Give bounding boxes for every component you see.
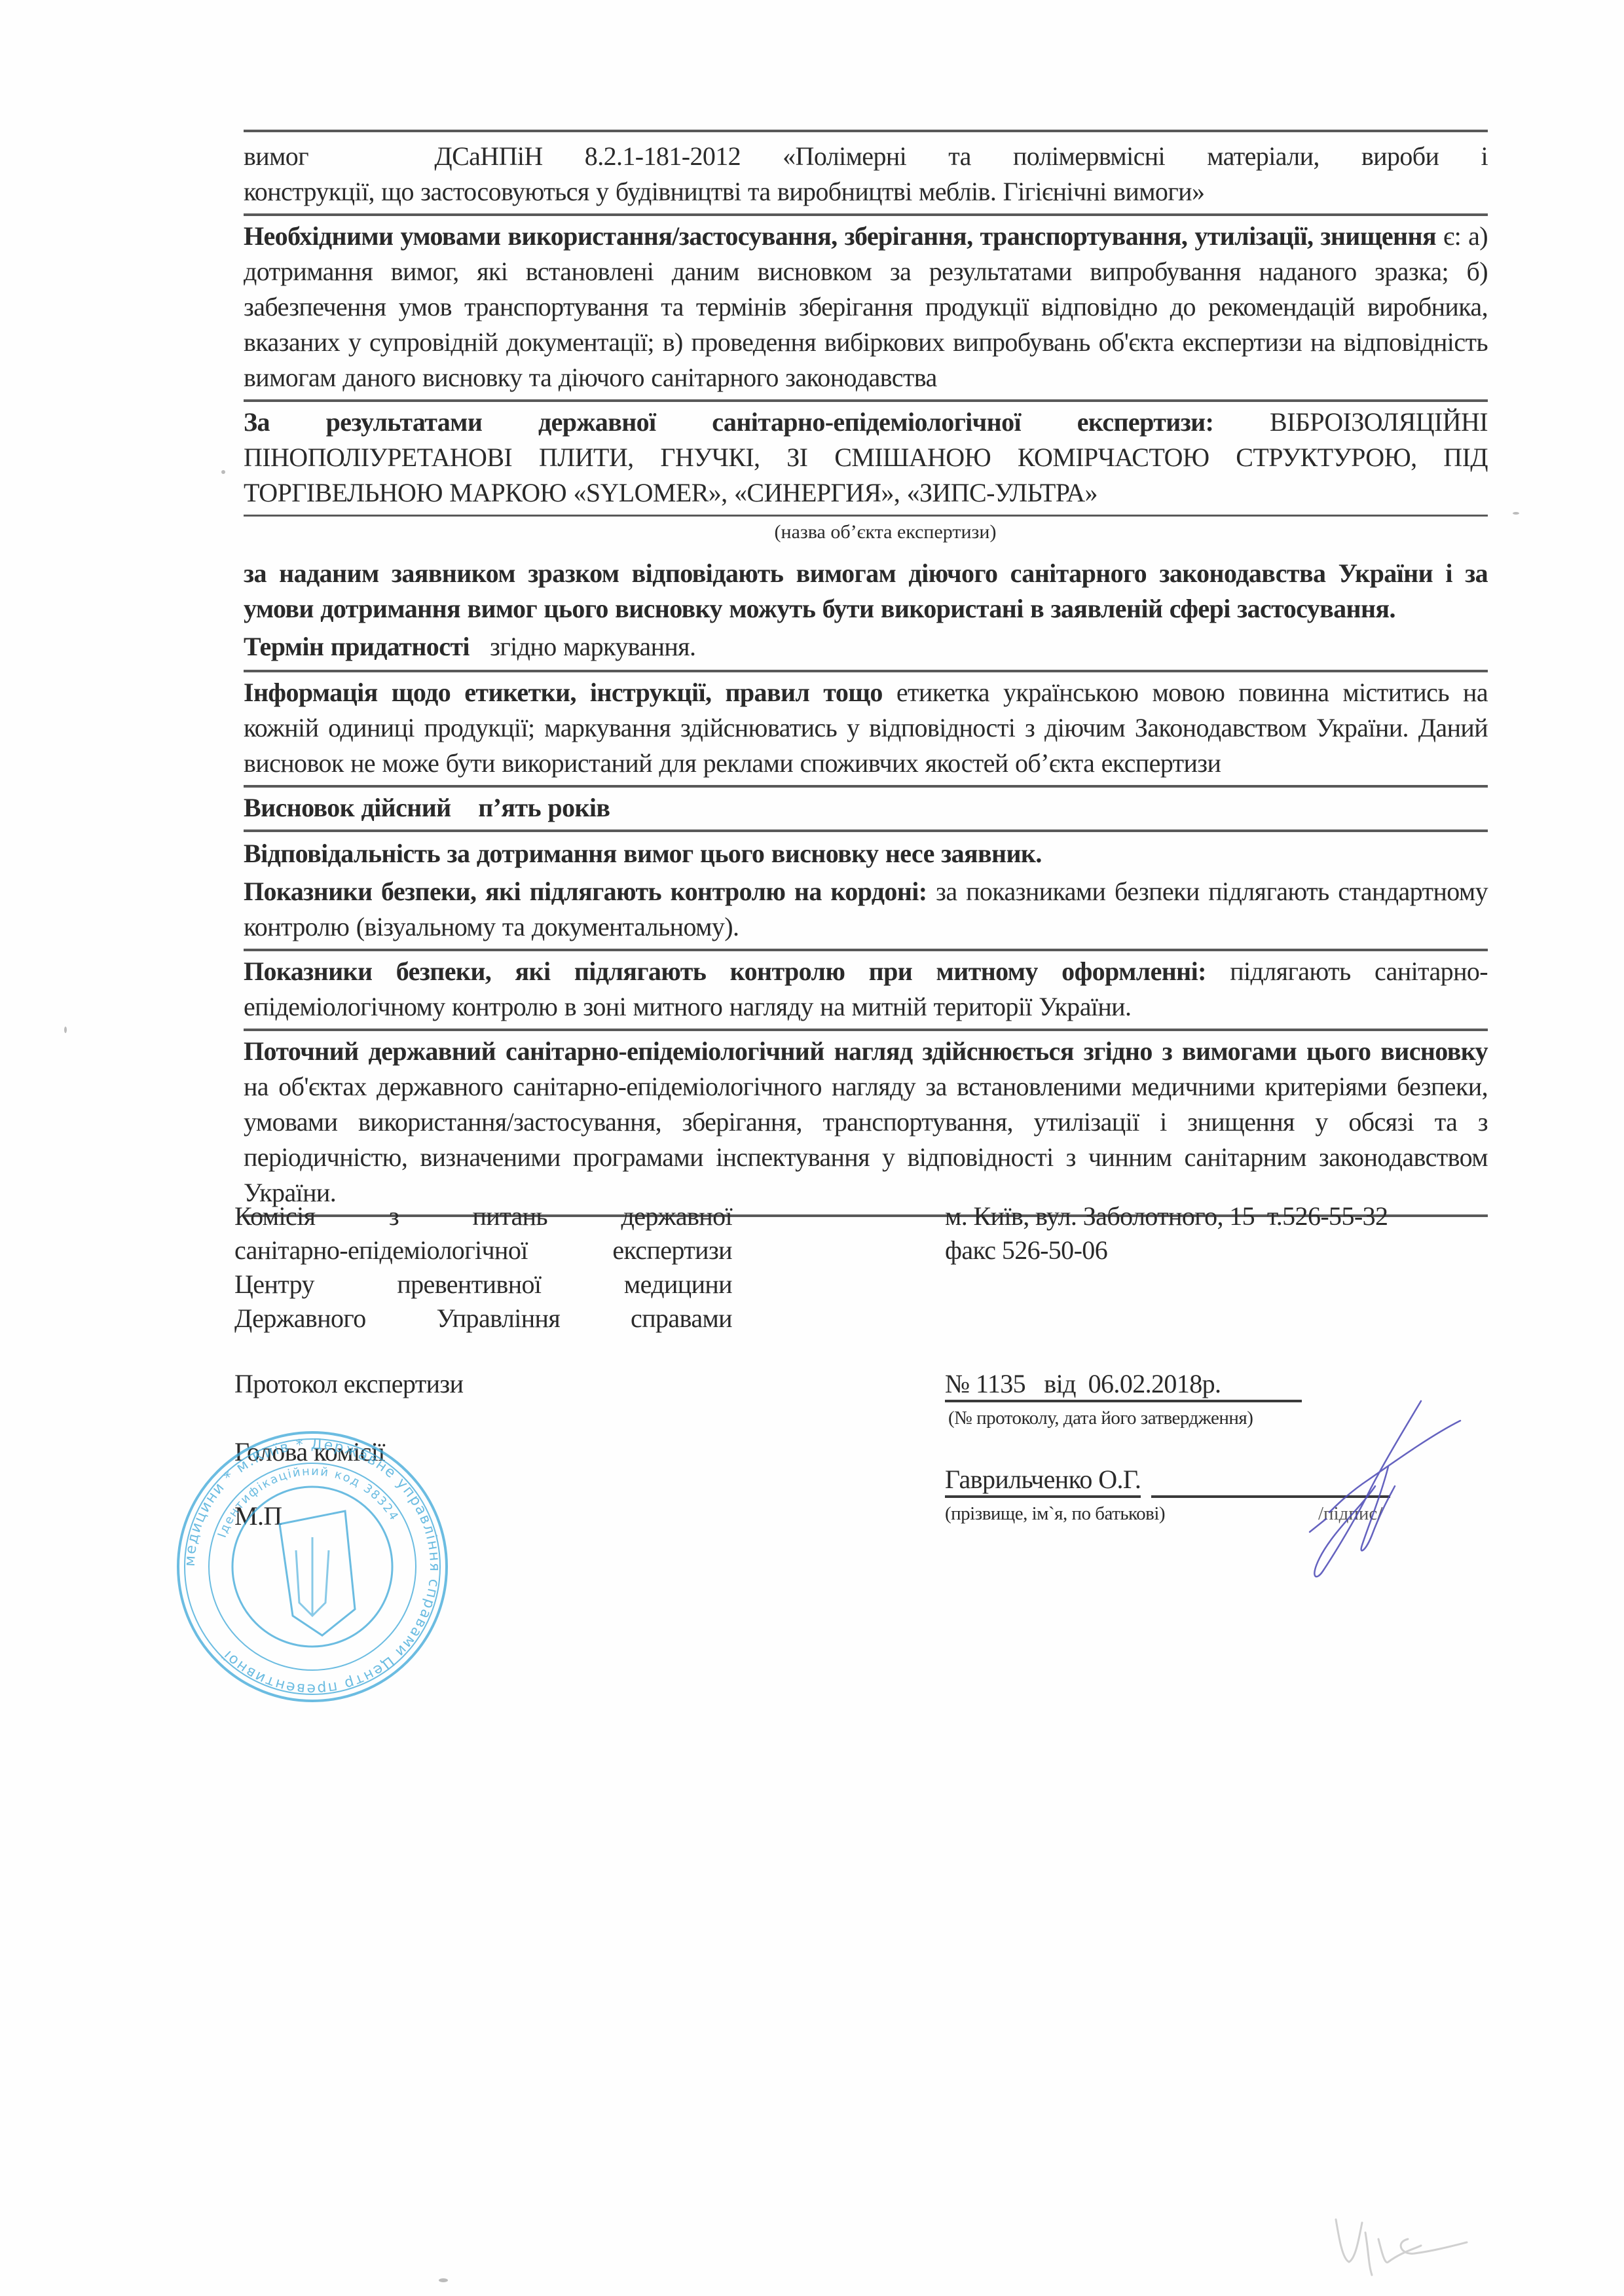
validity-label: Висновок дійсний xyxy=(244,793,451,822)
divider xyxy=(244,399,1488,402)
organization-line: Державного Управління справами xyxy=(234,1302,732,1336)
requirements-line-2: конструкції, що застосовуються у будівни… xyxy=(244,174,1488,210)
handwritten-signature-icon xyxy=(1270,1394,1467,1591)
protocol-number: № 1135 від 06.02.2018р. xyxy=(945,1368,1302,1402)
scan-artifact xyxy=(1513,512,1519,515)
organization-line: Комісія з питань державної xyxy=(234,1199,732,1233)
divider xyxy=(244,829,1488,832)
labeling-paragraph: Інформація щодо етикетки, інструкції, пр… xyxy=(244,672,1488,785)
customs-control-label: Показники безпеки, які підлягають контро… xyxy=(244,957,1206,986)
address-block: м. Київ, вул. Заболотного, 15 т.526-55-3… xyxy=(945,1199,1495,1267)
customs-control-paragraph: Показники безпеки, які підлягають контро… xyxy=(244,951,1488,1029)
validity-value: п’ять років xyxy=(451,793,610,822)
shelf-life: Термін придатності згідно маркування. xyxy=(244,628,1488,670)
scan-artifact xyxy=(64,1027,67,1033)
labeling-label: Інформація щодо етикетки, інструкції, пр… xyxy=(244,678,883,707)
organization-line: Центру превентивної медицини xyxy=(234,1267,732,1302)
shelf-life-label: Термін придатності xyxy=(244,632,470,661)
supervision-label: Поточний державний санітарно-епідеміолог… xyxy=(244,1036,1488,1066)
border-control-paragraph: Показники безпеки, які підлягають контро… xyxy=(244,873,1488,949)
handwritten-initials-icon xyxy=(1316,2213,1473,2285)
organization-block: Комісія з питань державної санітарно-епі… xyxy=(234,1199,732,1336)
commission-head-name: Гаврильченко О.Г. xyxy=(945,1464,1141,1498)
results-paragraph: За результатами державної санітарно-епід… xyxy=(244,402,1488,515)
protocol-label: Протокол експертизи xyxy=(234,1368,463,1399)
divider xyxy=(244,213,1488,216)
responsibility: Відповідальність за дотримання вимог цьо… xyxy=(244,832,1488,873)
divider xyxy=(244,670,1488,672)
divider xyxy=(244,785,1488,788)
document-page: вимог ДСаНПіН 8.2.1-181-2012 «Полімерні … xyxy=(0,0,1624,2296)
scan-artifact xyxy=(221,470,225,474)
divider xyxy=(244,949,1488,951)
organization-line: санітарно-епідеміологічної експертизи xyxy=(234,1233,732,1267)
supervision-paragraph: Поточний державний санітарно-епідеміолог… xyxy=(244,1031,1488,1214)
requirements-line-1: вимог ДСаНПіН 8.2.1-181-2012 «Полімерні … xyxy=(244,139,1488,174)
divider xyxy=(244,130,1488,132)
scan-artifact xyxy=(439,2278,448,2282)
head-name-text: Гаврильченко О.Г. xyxy=(945,1464,1141,1498)
supervision-text: на об'єктах державного санітарно-епідемі… xyxy=(244,1072,1488,1207)
document-body: вимог ДСаНПіН 8.2.1-181-2012 «Полімерні … xyxy=(244,130,1488,1217)
divider xyxy=(244,515,1488,517)
shelf-life-value: згідно маркування. xyxy=(470,632,695,661)
validity: Висновок дійсний п’ять років xyxy=(244,788,1488,829)
protocol-caption: (№ протоколу, дата його затвердження) xyxy=(948,1408,1253,1429)
border-control-label: Показники безпеки, які підлягають контро… xyxy=(244,877,927,906)
fax: факс 526-50-06 xyxy=(945,1233,1495,1267)
address: м. Київ, вул. Заболотного, 15 т.526-55-3… xyxy=(945,1199,1495,1233)
divider xyxy=(244,1029,1488,1031)
conditions-paragraph: Необхідними умовами використання/застосу… xyxy=(244,216,1488,399)
results-label: За результатами державної санітарно-епід… xyxy=(244,407,1213,437)
name-caption: (прізвище, ім`я, по батькові) xyxy=(945,1503,1165,1525)
object-name-caption: (назва об’єкта експертизи) xyxy=(244,519,1488,545)
compliance-paragraph: за наданим заявником зразком відповідают… xyxy=(244,555,1488,628)
requirements-tail: вимог ДСаНПіН 8.2.1-181-2012 «Полімерні … xyxy=(244,132,1488,213)
conditions-label: Необхідними умовами використання/застосу… xyxy=(244,221,1436,251)
official-stamp-icon: медицини * м.Київ * Державне управління … xyxy=(172,1426,453,1707)
